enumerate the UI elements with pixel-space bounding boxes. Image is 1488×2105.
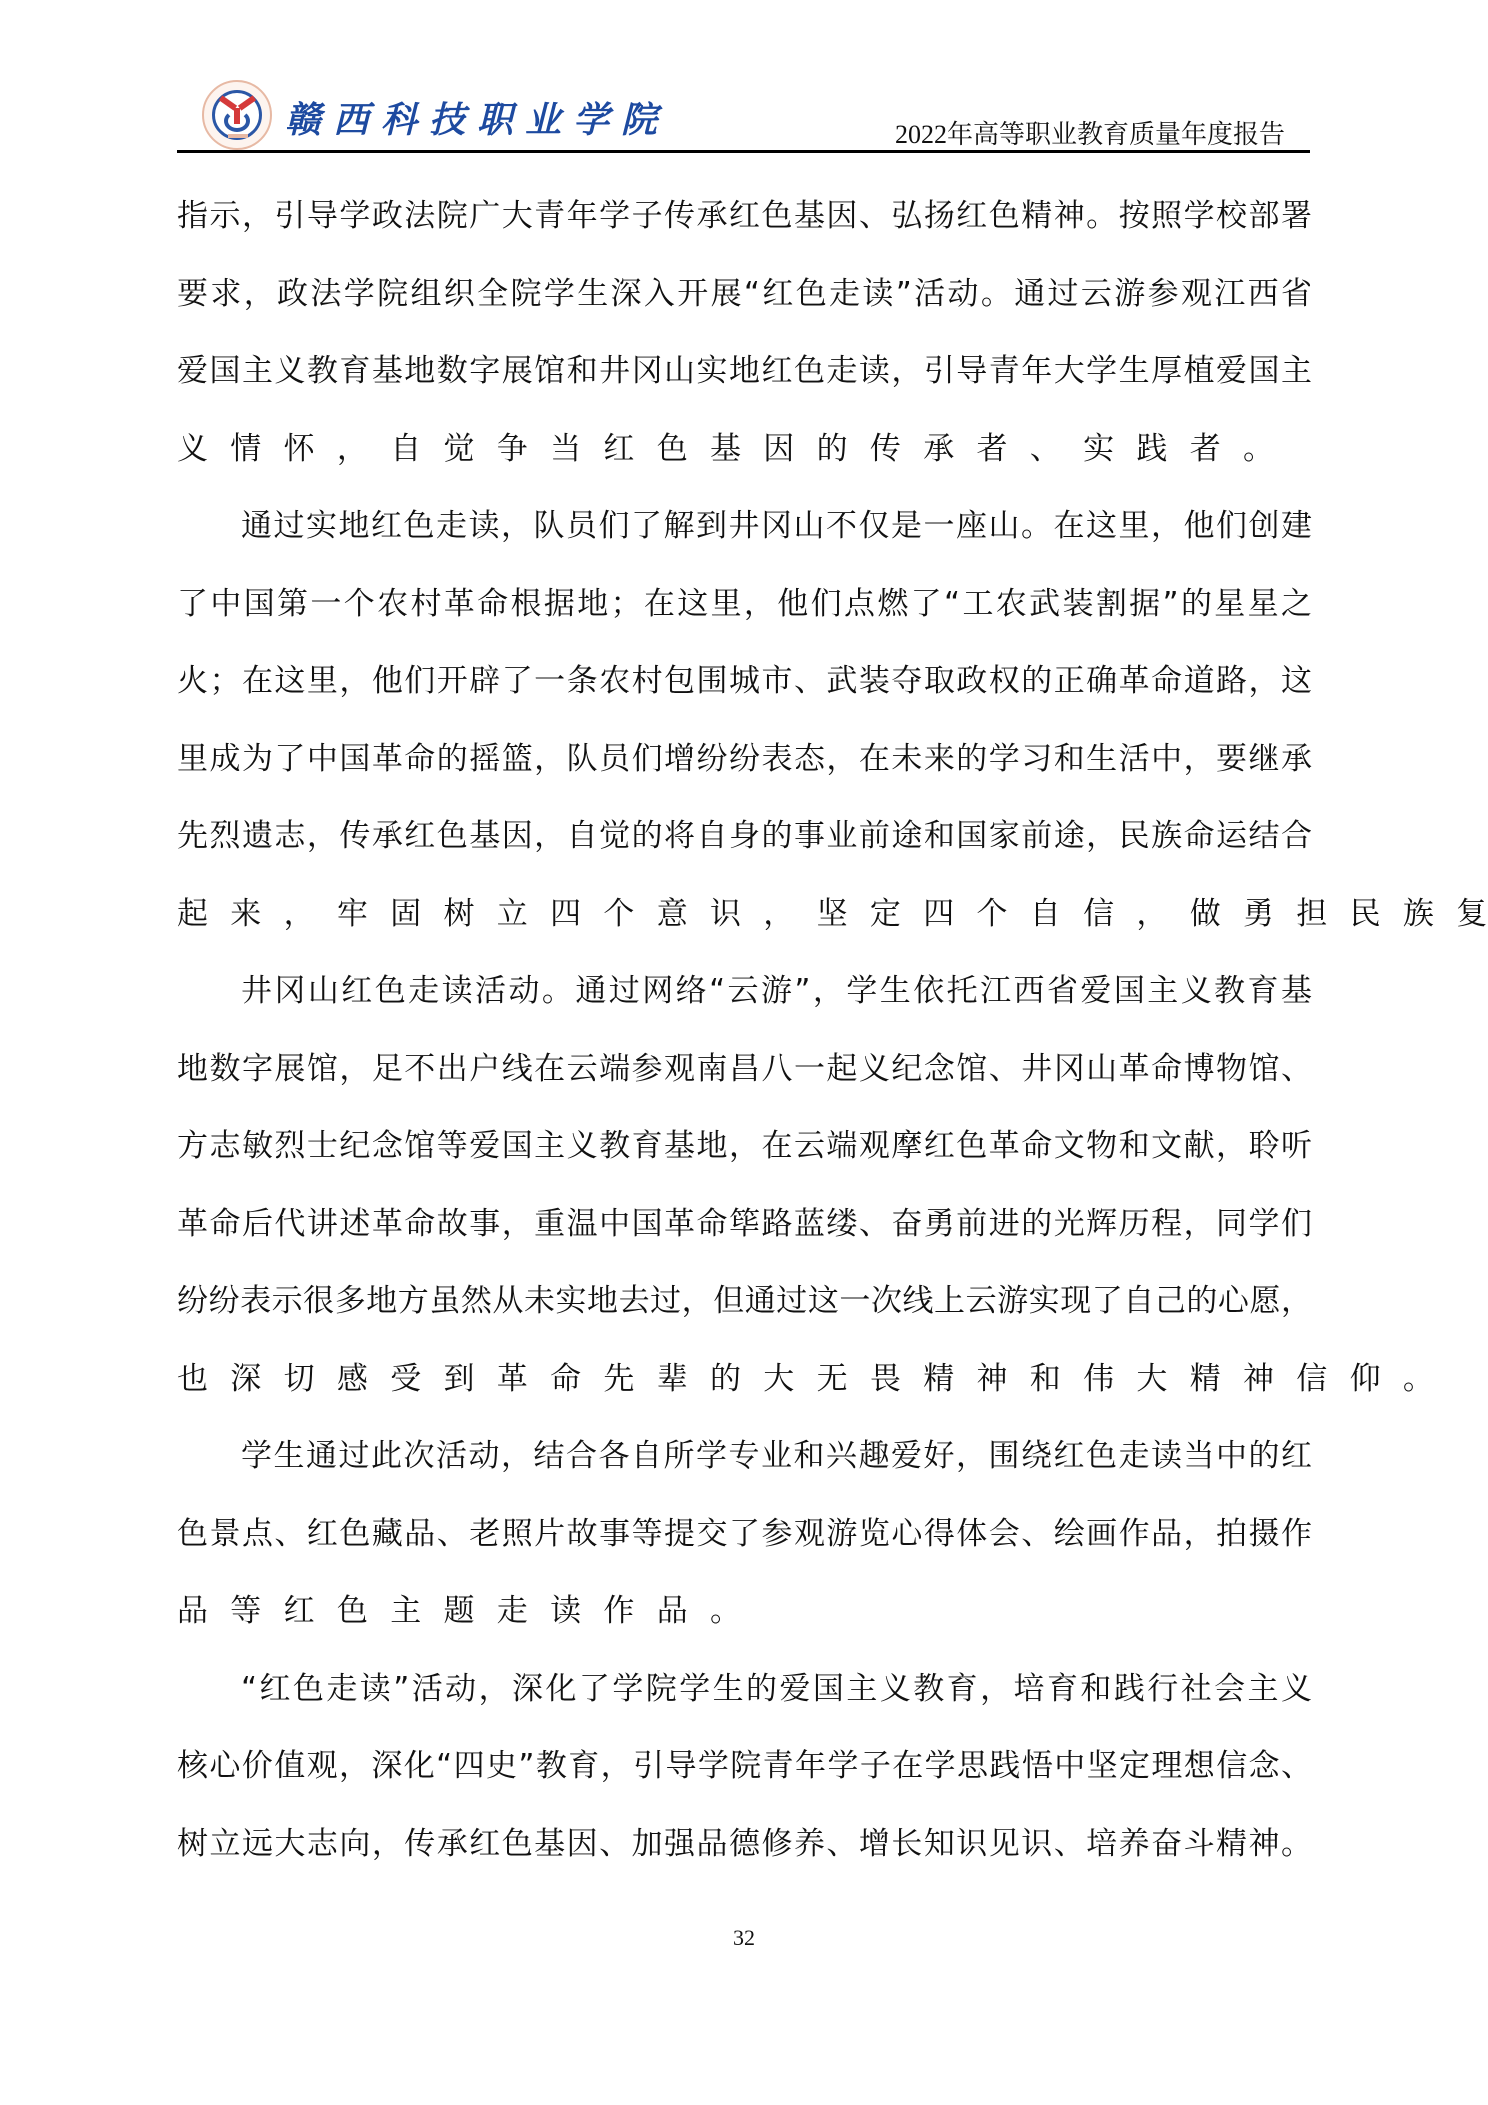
- text-line: 方志敏烈士纪念馆等爱国主义教育基地，在云端观摩红色革命文物和文献，聆听: [177, 1123, 1312, 1201]
- text-line: 先烈遗志，传承红色基因，自觉的将自身的事业前途和国家前途，民族命运结合: [177, 813, 1312, 891]
- header-rule: [177, 150, 1310, 153]
- text-line: 学生通过此次活动，结合各自所学专业和兴趣爱好，围绕红色走读当中的红: [177, 1433, 1312, 1511]
- text-line: 里成为了中国革命的摇篮，队员们增纷纷表态，在未来的学习和生活中，要继承: [177, 736, 1312, 814]
- emblem-y-stem: [234, 108, 240, 124]
- text-line: 也深切感受到革命先辈的大无畏精神和伟大精神信仰。: [177, 1356, 1312, 1434]
- text-line: 火；在这里，他们开辟了一条农村包围城市、武装夺取政权的正确革命道路，这: [177, 658, 1312, 736]
- text-line: 要求，政法学院组织全院学生深入开展“红色走读”活动。通过云游参观江西省: [177, 271, 1312, 349]
- text-line: 核心价值观，深化“四史”教育，引导学院青年学子在学思践悟中坚定理想信念、: [177, 1743, 1312, 1821]
- report-title: 2022年高等职业教育质量年度报告: [895, 114, 1285, 151]
- school-name: 赣西科技职业学院: [285, 92, 669, 143]
- page-number: 32: [0, 1925, 1488, 1951]
- text-line: 色景点、红色藏品、老照片故事等提交了参观游览心得体会、绘画作品，拍摄作: [177, 1511, 1312, 1589]
- text-line: 井冈山红色走读活动。通过网络“云游”，学生依托江西省爱国主义教育基: [177, 968, 1312, 1046]
- text-line: 树立远大志向，传承红色基因、加强品德修养、增长知识见识、培养奋斗精神。: [177, 1821, 1312, 1899]
- body-text: 指示，引导学政法院广大青年学子传承红色基因、弘扬红色精神。按照学校部署 要求，政…: [177, 193, 1312, 1898]
- text-line: 爱国主义教育基地数字展馆和井冈山实地红色走读，引导青年大学生厚植爱国主: [177, 348, 1312, 426]
- text-line: 通过实地红色走读，队员们了解到井冈山不仅是一座山。在这里，他们创建: [177, 503, 1312, 581]
- emblem-year-band: [228, 134, 248, 138]
- text-line: 义情怀，自觉争当红色基因的传承者、实践者。: [177, 426, 1312, 504]
- text-line: “红色走读”活动，深化了学院学生的爱国主义教育，培育和践行社会主义: [177, 1666, 1312, 1744]
- page-header: 赣西科技职业学院 2022年高等职业教育质量年度报告: [177, 78, 1310, 154]
- document-page: 赣西科技职业学院 2022年高等职业教育质量年度报告 指示，引导学政法院广大青年…: [0, 0, 1488, 2105]
- college-emblem-icon: [202, 80, 272, 150]
- text-line: 纷纷表示很多地方虽然从未实地去过，但通过这一次线上云游实现了自己的心愿，: [177, 1278, 1312, 1356]
- text-line: 了中国第一个农村革命根据地；在这里，他们点燃了“工农武装割据”的星星之: [177, 581, 1312, 659]
- text-line: 品等红色主题走读作品。: [177, 1588, 1312, 1666]
- text-line: 地数字展馆，足不出户线在云端参观南昌八一起义纪念馆、井冈山革命博物馆、: [177, 1046, 1312, 1124]
- text-line: 革命后代讲述革命故事，重温中国革命筚路蓝缕、奋勇前进的光辉历程，同学们: [177, 1201, 1312, 1279]
- text-line: 起来，牢固树立四个意识，坚定四个自信，做勇担民族复兴大任的时代青年。: [177, 891, 1312, 969]
- text-line: 指示，引导学政法院广大青年学子传承红色基因、弘扬红色精神。按照学校部署: [177, 193, 1312, 271]
